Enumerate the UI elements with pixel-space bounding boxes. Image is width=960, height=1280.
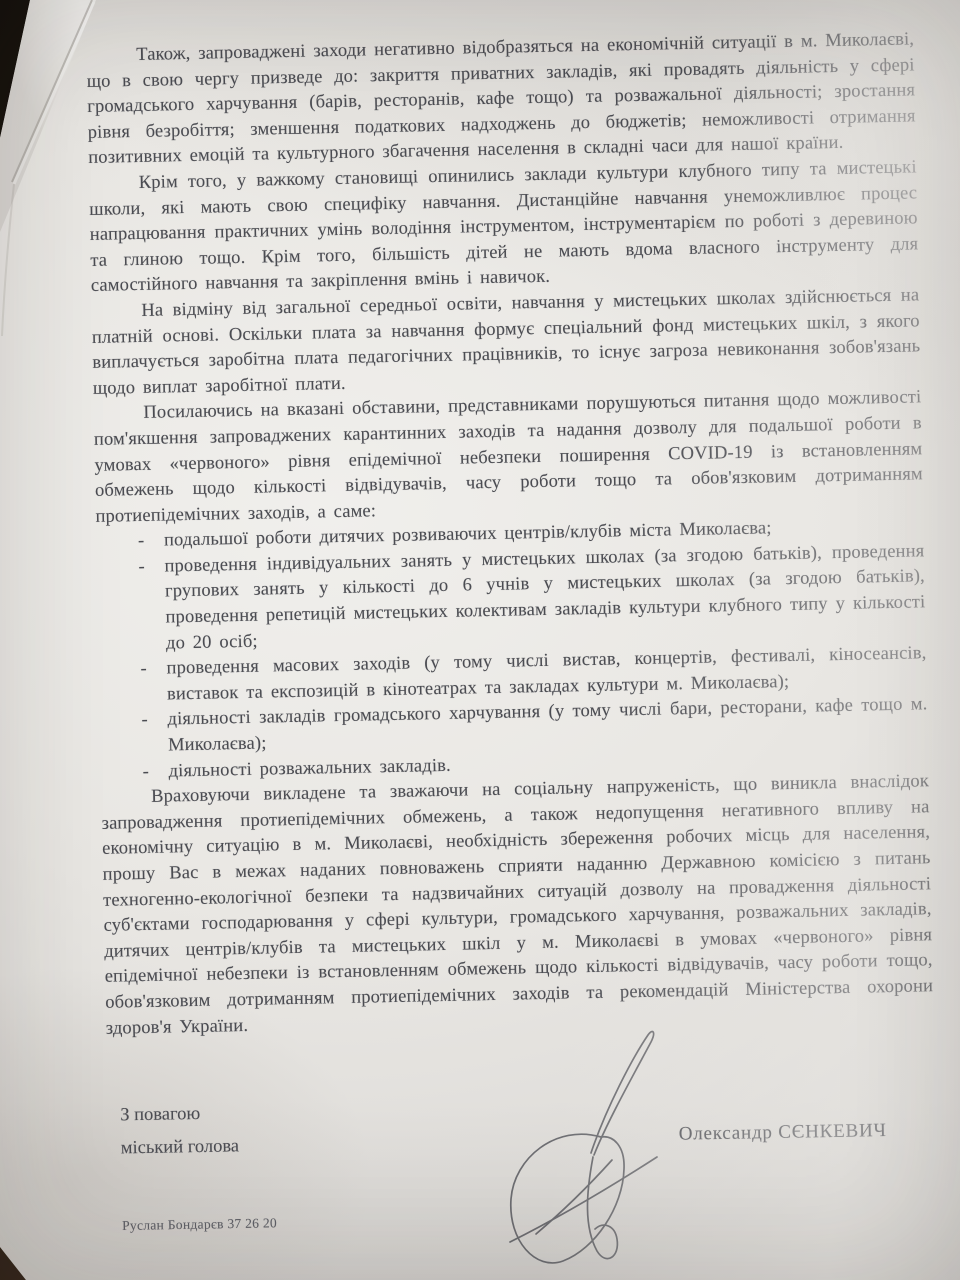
paragraph-request-intro: Посилаючись на вказані обставини, предст… [93,386,923,531]
footer-contact: Руслан Бондарєв 37 26 20 [122,1215,277,1234]
letter-body: Також, запроваджені заходи негативно від… [86,27,934,1042]
dash-bullet: - [138,529,165,555]
dash-bullet: - [138,554,166,657]
list-item: - проведення індивідуальних занять у мис… [96,539,926,658]
salutation: З повагою [120,1097,239,1132]
paragraph-tuition-fund: На відміну від загальної середньої освіт… [91,283,921,402]
closing-paragraph: Враховуючи викладене та зважаючи на соці… [101,769,934,1042]
paragraph-culture-schools: Крім того, у важкому становищі опинились… [89,155,919,300]
dash-bullet: - [142,759,169,785]
document-page: Також, запроваджені заходи негативно від… [0,0,960,1280]
paragraph-economic-impact: Також, запроваджені заходи негативно від… [86,27,916,172]
measures-list: - подальшої роботи дитячих розвиваючих ц… [96,514,929,787]
signoff-left: З повагою міський голова [86,1097,239,1166]
dash-bullet: - [140,657,167,709]
photo-background: Також, запроваджені заходи негативно від… [0,0,960,1280]
signer-title: міський голова [121,1130,240,1165]
list-item-text: проведення індивідуальних занять у мисте… [164,539,926,657]
dash-bullet: - [141,708,168,760]
signer-name: Олександр СЄНКЕВИЧ [679,1120,887,1146]
